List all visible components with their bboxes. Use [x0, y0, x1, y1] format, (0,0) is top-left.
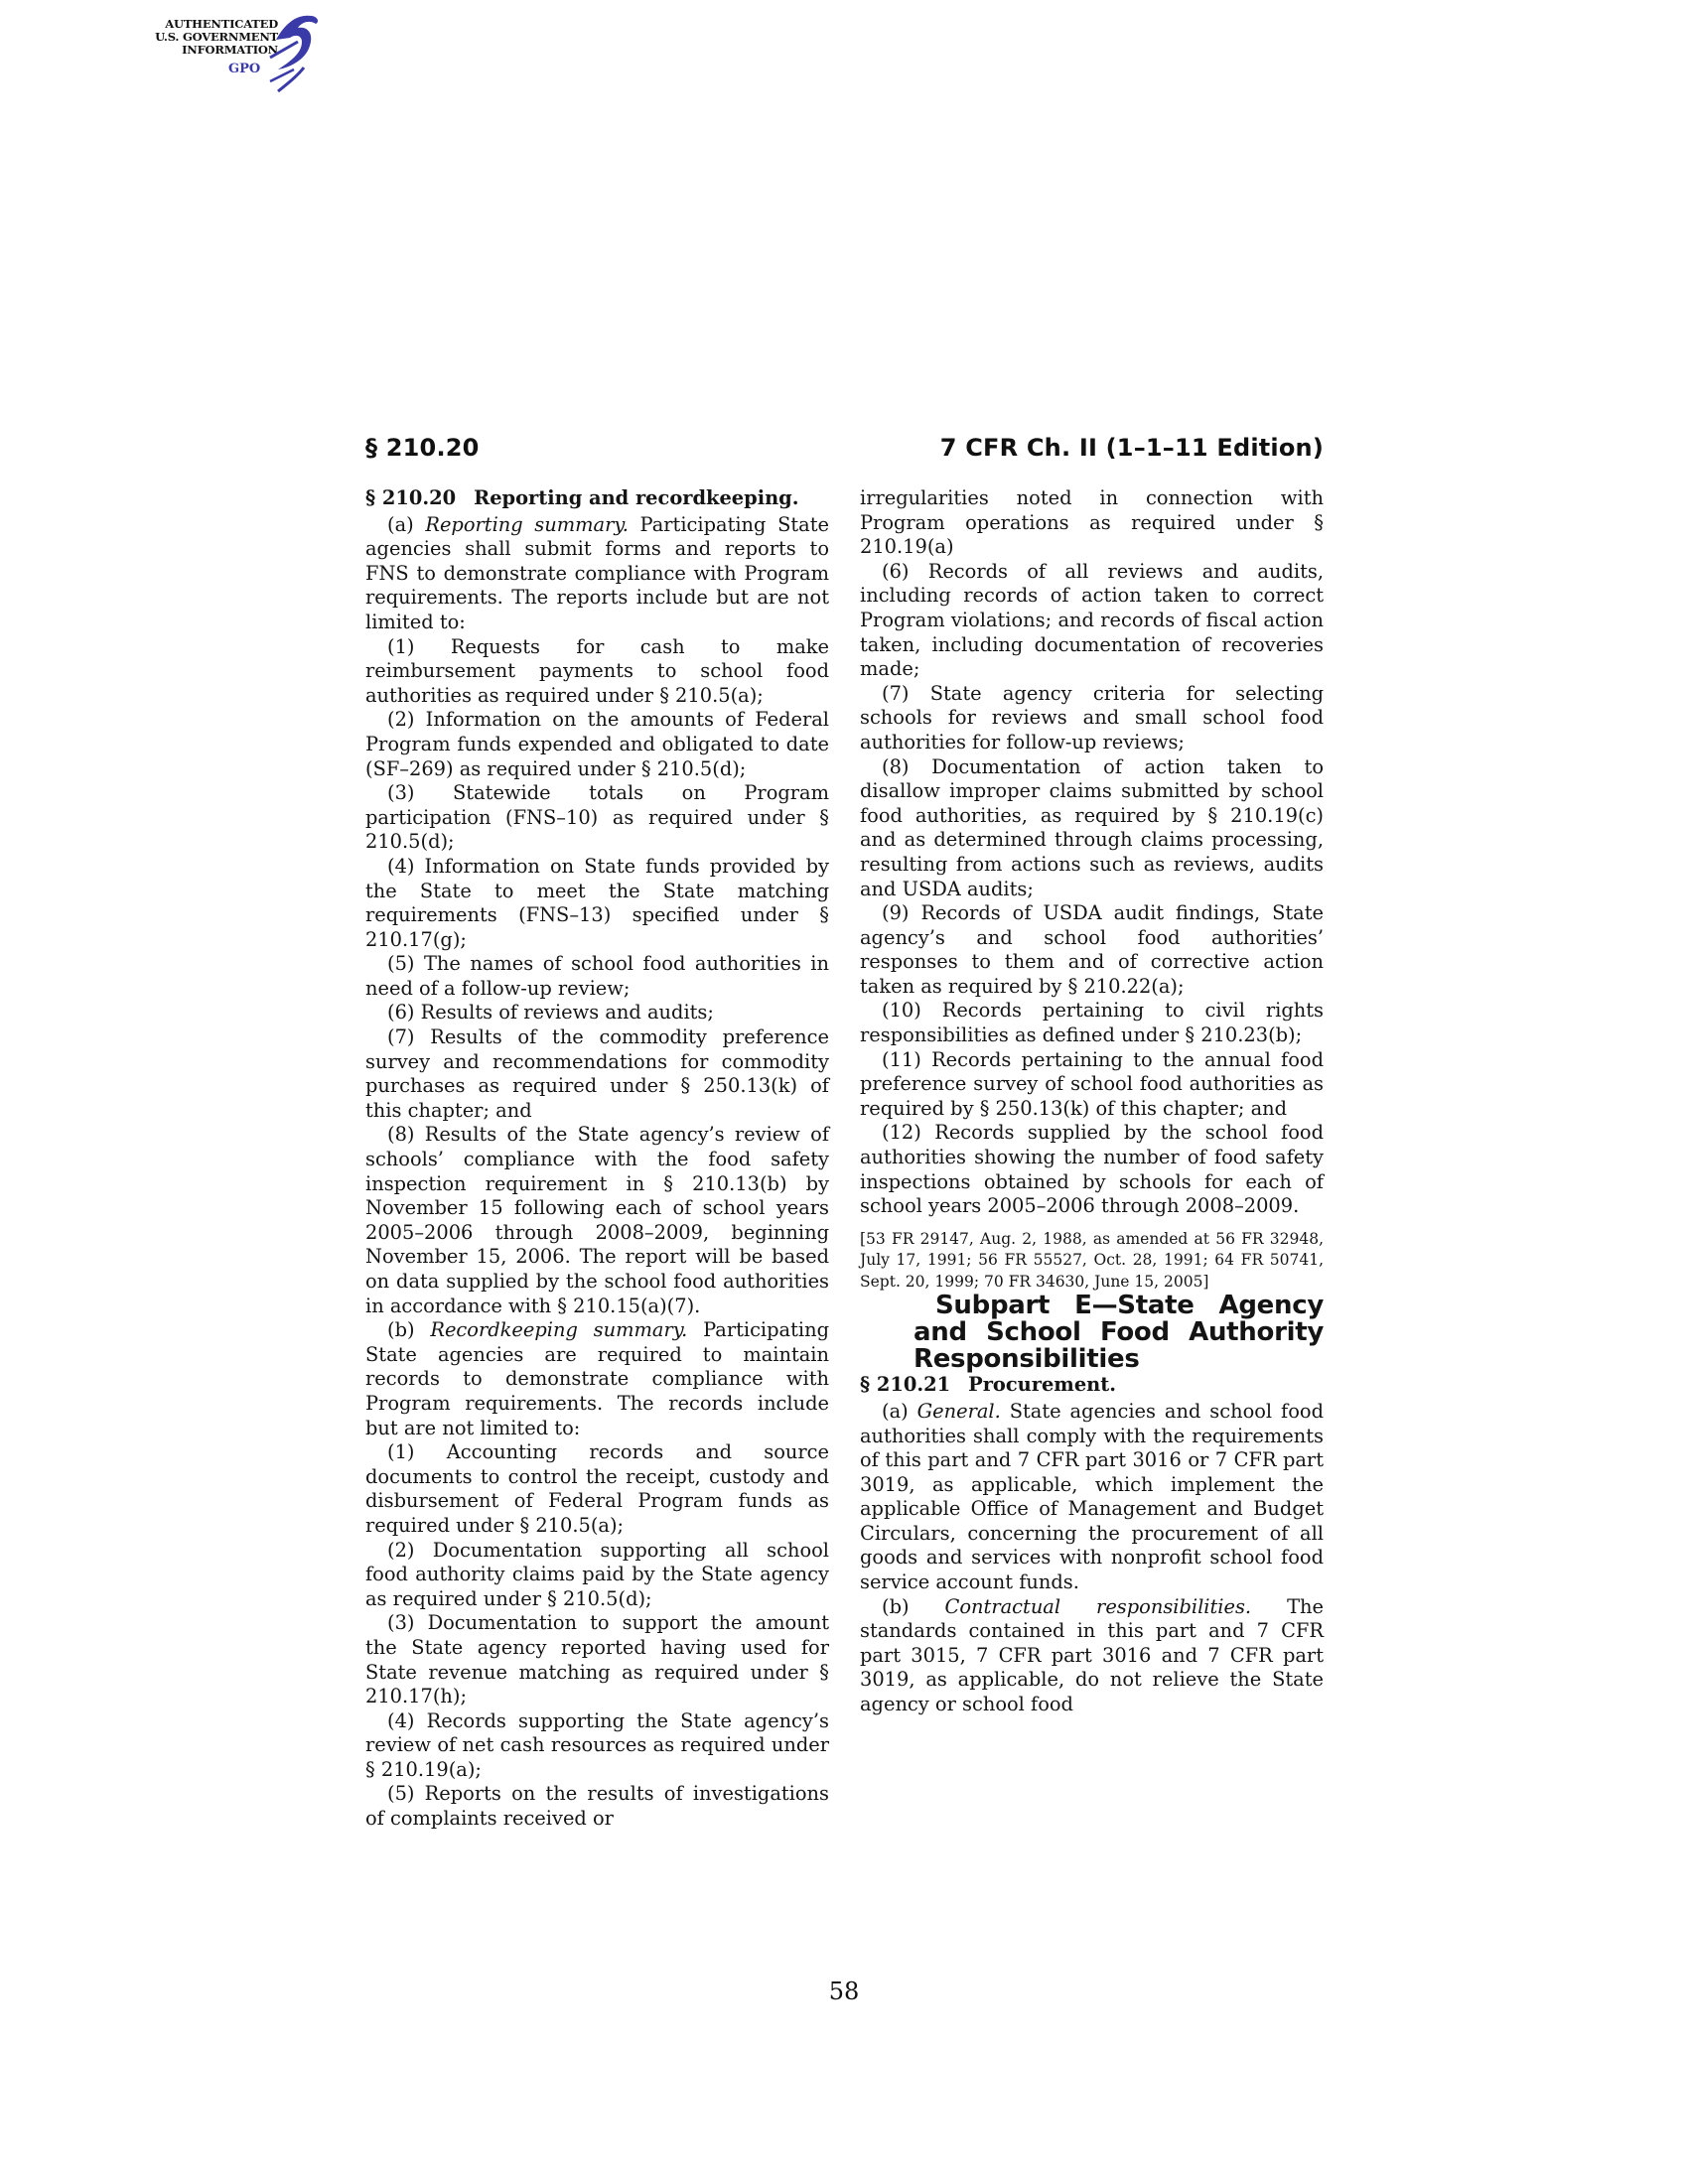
- eagle-icon: [268, 12, 328, 101]
- list-item: (2) Documentation supporting all school …: [365, 1539, 829, 1612]
- list-item: (2) Information on the amounts of Federa…: [365, 708, 829, 781]
- running-header-title: 7 CFR Ch. II (1–1–11 Edition): [940, 434, 1324, 462]
- right-column: irregularities noted in connection with …: [860, 486, 1324, 1717]
- list-item: (11) Records pertaining to the annual fo…: [860, 1048, 1324, 1122]
- list-item: (7) State agency criteria for selecting …: [860, 682, 1324, 755]
- section-title: Reporting and recordkeeping.: [474, 486, 798, 509]
- list-item: (6) Results of reviews and audits;: [365, 1001, 829, 1025]
- list-item: (6) Records of all reviews and audits, i…: [860, 560, 1324, 682]
- paragraph-label: (a): [882, 1400, 909, 1423]
- logo-line-information: INFORMATION: [139, 44, 278, 57]
- list-item: (10) Records pertaining to civil rights …: [860, 999, 1324, 1047]
- paragraph-label: (b): [387, 1318, 415, 1341]
- paragraph-a-general: (a) General. State agencies and school f…: [860, 1400, 1324, 1595]
- running-header-section: § 210.20: [365, 434, 480, 462]
- paragraph-heading: Contractual responsibilities.: [945, 1595, 1252, 1618]
- list-item: (1) Requests for cash to make reimbursem…: [365, 635, 829, 709]
- gpo-authentication-logo: AUTHENTICATED U.S. GOVERNMENT INFORMATIO…: [119, 12, 318, 101]
- page-number: 58: [0, 1978, 1688, 2005]
- list-item: (3) Documentation to support the amount …: [365, 1611, 829, 1708]
- list-item: (3) Statewide totals on Program particip…: [365, 781, 829, 855]
- section-number: § 210.21: [860, 1373, 950, 1396]
- list-item: (9) Records of USDA audit findings, Stat…: [860, 901, 1324, 999]
- paragraph-a-reporting-summary: (a) Reporting summary. Participating Sta…: [365, 513, 829, 635]
- paragraph-b-contractual-responsibilities: (b) Contractual responsibilities. The st…: [860, 1595, 1324, 1717]
- list-item: (7) Results of the commodity preference …: [365, 1025, 829, 1123]
- list-item: (12) Records supplied by the school food…: [860, 1121, 1324, 1218]
- paragraph-heading: General.: [917, 1400, 1001, 1423]
- left-column: § 210.20Reporting and recordkeeping. (a)…: [365, 486, 829, 1832]
- paragraph-text: State agencies and school food authoriti…: [860, 1400, 1324, 1593]
- section-number: § 210.20: [365, 486, 456, 509]
- source-citation: [53 FR 29147, Aug. 2, 1988, as amended a…: [860, 1229, 1324, 1294]
- list-item: (8) Results of the State agency’s review…: [365, 1123, 829, 1318]
- list-item: (4) Information on State funds provided …: [365, 855, 829, 952]
- paragraph-b-recordkeeping-summary: (b) Recordkeeping summary. Participating…: [365, 1318, 829, 1440]
- section-title: Procurement.: [968, 1373, 1116, 1396]
- list-item: (5) Reports on the results of investigat…: [365, 1782, 829, 1831]
- list-item: (5) The names of school food authorities…: [365, 952, 829, 1001]
- paragraph-label: (a): [387, 513, 414, 536]
- continuation-text: irregularities noted in connection with …: [860, 486, 1324, 560]
- subpart-heading: Subpart E—State Agency and School Food A…: [860, 1293, 1324, 1373]
- section-heading-210-21: § 210.21Procurement.: [860, 1373, 1324, 1398]
- paragraph-heading: Reporting summary.: [425, 513, 629, 536]
- list-item: (8) Documentation of action taken to dis…: [860, 755, 1324, 902]
- list-item: (4) Records supporting the State agency’…: [365, 1709, 829, 1783]
- section-heading-210-20: § 210.20Reporting and recordkeeping.: [365, 486, 829, 511]
- logo-gpo-text: GPO: [228, 62, 260, 76]
- list-item: (1) Accounting records and source docume…: [365, 1440, 829, 1538]
- paragraph-heading: Recordkeeping summary.: [430, 1318, 687, 1341]
- paragraph-label: (b): [882, 1595, 910, 1618]
